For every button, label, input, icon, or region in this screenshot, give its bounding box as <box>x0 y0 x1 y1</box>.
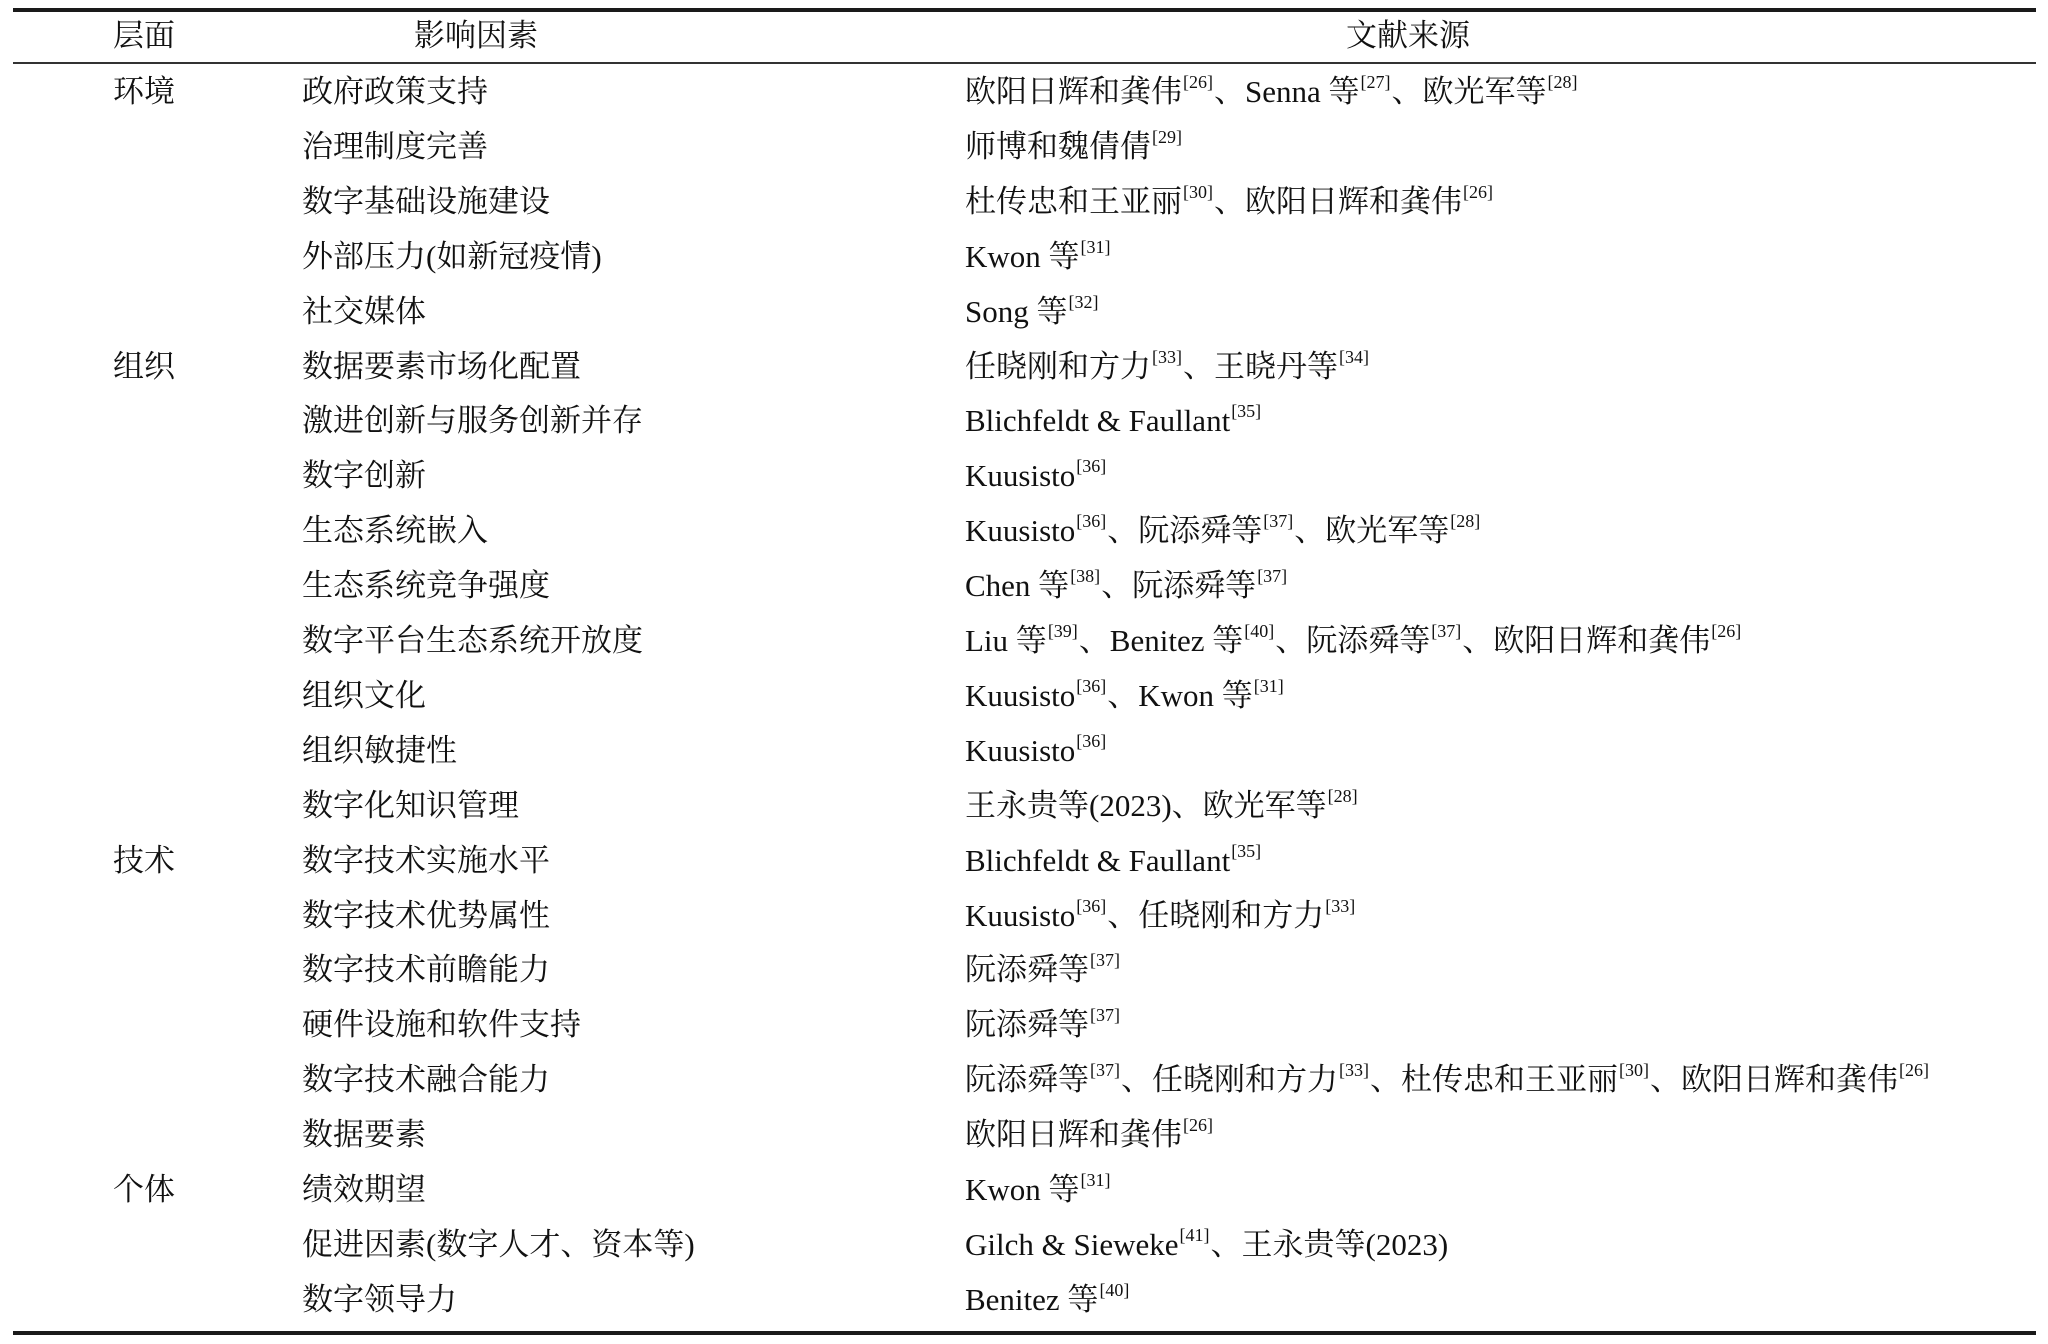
source-text: 、Senna 等 <box>1214 74 1360 109</box>
citation-ref: [36] <box>1076 511 1106 531</box>
row-sources: Kuusisto[36]、Kwon 等[31] <box>965 676 1285 716</box>
source-text: 、欧阳日辉和龚伟 <box>1650 1062 1898 1097</box>
citation-ref: [33] <box>1339 1060 1369 1080</box>
row-factor: 硬件设施和软件支持 <box>302 1005 581 1045</box>
source-text: Blichfeldt & Faullant <box>965 403 1230 438</box>
row-factor: 治理制度完善 <box>302 127 488 167</box>
row-sources: 王永贵等(2023)、欧光军等[28] <box>965 786 1359 826</box>
source-text: 欧阳日辉和龚伟 <box>965 1117 1182 1152</box>
row-sources: Blichfeldt & Faullant[35] <box>965 401 1262 441</box>
row-sources: Kuusisto[36]、任晓刚和方力[33] <box>965 896 1356 936</box>
source-text: 、欧光军等 <box>1294 513 1449 548</box>
row-sources: Kuusisto[36] <box>965 731 1107 771</box>
row-factor: 促进因素(数字人才、资本等) <box>302 1225 695 1265</box>
citation-ref: [26] <box>1183 1115 1213 1135</box>
row-factor: 数字平台生态系统开放度 <box>302 621 643 661</box>
row-factor: 数字技术前瞻能力 <box>302 950 550 990</box>
citation-ref: [32] <box>1069 292 1099 312</box>
citation-ref: [28] <box>1548 72 1578 92</box>
row-sources: Kwon 等[31] <box>965 237 1112 277</box>
row-sources: 欧阳日辉和龚伟[26] <box>965 1115 1214 1155</box>
table-bottom-rule <box>13 1331 2036 1335</box>
source-text: Chen 等 <box>965 568 1069 603</box>
citation-ref: [27] <box>1361 72 1391 92</box>
row-sources: Kuusisto[36]、阮添舜等[37]、欧光军等[28] <box>965 511 1481 551</box>
citation-ref: [35] <box>1231 401 1261 421</box>
row-level: 环境 <box>113 72 175 112</box>
row-level: 组织 <box>113 347 175 387</box>
source-text: Kuusisto <box>965 678 1075 713</box>
citation-ref: [37] <box>1090 1005 1120 1025</box>
row-sources: Blichfeldt & Faullant[35] <box>965 841 1262 881</box>
citation-ref: [37] <box>1431 621 1461 641</box>
row-sources: Chen 等[38]、阮添舜等[37] <box>965 566 1288 606</box>
citation-ref: [37] <box>1257 566 1287 586</box>
citation-ref: [37] <box>1090 950 1120 970</box>
row-sources: 阮添舜等[37]、任晓刚和方力[33]、杜传忠和王亚丽[30]、欧阳日辉和龚伟[… <box>965 1060 1930 1100</box>
row-factor: 数字技术优势属性 <box>302 896 550 936</box>
row-sources: 杜传忠和王亚丽[30]、欧阳日辉和龚伟[26] <box>965 182 1494 222</box>
source-text: 、欧光军等 <box>1392 74 1547 109</box>
source-text: Song 等 <box>965 294 1068 329</box>
header-level: 层面 <box>113 16 175 56</box>
row-factor: 数据要素市场化配置 <box>302 347 581 387</box>
source-text: 、王晓丹等 <box>1183 349 1338 384</box>
citation-ref: [36] <box>1076 676 1106 696</box>
row-factor: 数字技术融合能力 <box>302 1060 550 1100</box>
citation-ref: [40] <box>1244 621 1274 641</box>
citation-ref: [33] <box>1152 347 1182 367</box>
citation-ref: [30] <box>1183 182 1213 202</box>
row-sources: Gilch & Sieweke[41]、王永贵等(2023) <box>965 1225 1448 1265</box>
source-text: 、Benitez 等 <box>1079 623 1243 658</box>
source-text: 杜传忠和王亚丽 <box>965 184 1182 219</box>
citation-ref: [36] <box>1076 731 1106 751</box>
row-sources: 师博和魏倩倩[29] <box>965 127 1183 167</box>
source-text: 、阮添舜等 <box>1107 513 1262 548</box>
source-text: Blichfeldt & Faullant <box>965 843 1230 878</box>
row-sources: Song 等[32] <box>965 292 1100 332</box>
citation-ref: [36] <box>1076 456 1106 476</box>
citation-ref: [30] <box>1619 1060 1649 1080</box>
citation-ref: [34] <box>1339 347 1369 367</box>
citation-ref: [37] <box>1263 511 1293 531</box>
source-text: 、王永贵等(2023) <box>1211 1227 1449 1262</box>
citation-ref: [31] <box>1081 237 1111 257</box>
source-text: 王永贵等(2023)、欧光军等 <box>965 788 1327 823</box>
row-factor: 绩效期望 <box>302 1170 426 1210</box>
source-text: 阮添舜等 <box>965 952 1089 987</box>
source-text: Gilch & Sieweke <box>965 1227 1179 1262</box>
row-factor: 激进创新与服务创新并存 <box>302 401 643 441</box>
citation-ref: [26] <box>1899 1060 1929 1080</box>
citation-ref: [37] <box>1090 1060 1120 1080</box>
citation-ref: [40] <box>1099 1280 1129 1300</box>
source-text: Kwon 等 <box>965 1172 1080 1207</box>
header-factor: 影响因素 <box>414 16 538 56</box>
table-header-rule <box>13 62 2036 64</box>
source-text: Kwon 等 <box>965 239 1080 274</box>
source-text: 师博和魏倩倩 <box>965 129 1151 164</box>
source-text: 、杜传忠和王亚丽 <box>1370 1062 1618 1097</box>
row-sources: Benitez 等[40] <box>965 1280 1130 1320</box>
row-factor: 组织敏捷性 <box>302 731 457 771</box>
citation-ref: [38] <box>1070 566 1100 586</box>
row-factor: 社交媒体 <box>302 292 426 332</box>
row-sources: 阮添舜等[37] <box>965 950 1121 990</box>
row-factor: 数字领导力 <box>302 1280 457 1320</box>
source-text: 欧阳日辉和龚伟 <box>965 74 1182 109</box>
header-sources: 文献来源 <box>1346 16 1470 56</box>
source-text: Liu 等 <box>965 623 1047 658</box>
row-sources: 任晓刚和方力[33]、王晓丹等[34] <box>965 347 1370 387</box>
source-text: Kuusisto <box>965 458 1075 493</box>
source-text: 阮添舜等 <box>965 1062 1089 1097</box>
citation-ref: [31] <box>1254 676 1284 696</box>
source-text: Kuusisto <box>965 513 1075 548</box>
citation-ref: [33] <box>1325 896 1355 916</box>
row-factor: 数字创新 <box>302 456 426 496</box>
row-factor: 外部压力(如新冠疫情) <box>302 237 602 277</box>
source-text: 、任晓刚和方力 <box>1107 898 1324 933</box>
row-sources: 欧阳日辉和龚伟[26]、Senna 等[27]、欧光军等[28] <box>965 72 1579 112</box>
row-sources: Kwon 等[31] <box>965 1170 1112 1210</box>
source-text: 、欧阳日辉和龚伟 <box>1462 623 1710 658</box>
citation-ref: [41] <box>1180 1225 1210 1245</box>
source-text: 、欧阳日辉和龚伟 <box>1214 184 1462 219</box>
row-factor: 数字技术实施水平 <box>302 841 550 881</box>
row-factor: 数字基础设施建设 <box>302 182 550 222</box>
citation-ref: [39] <box>1048 621 1078 641</box>
row-factor: 数据要素 <box>302 1115 426 1155</box>
row-sources: Kuusisto[36] <box>965 456 1107 496</box>
row-factor: 组织文化 <box>302 676 426 716</box>
source-text: 、阮添舜等 <box>1101 568 1256 603</box>
citation-ref: [29] <box>1152 127 1182 147</box>
source-text: 阮添舜等 <box>965 1007 1089 1042</box>
citation-ref: [31] <box>1081 1170 1111 1190</box>
citation-ref: [28] <box>1450 511 1480 531</box>
citation-ref: [36] <box>1076 896 1106 916</box>
row-factor: 数字化知识管理 <box>302 786 519 826</box>
table-top-rule <box>13 8 2036 12</box>
row-level: 个体 <box>113 1170 175 1210</box>
citation-ref: [26] <box>1183 72 1213 92</box>
row-factor: 生态系统嵌入 <box>302 511 488 551</box>
row-level: 技术 <box>113 841 175 881</box>
row-sources: 阮添舜等[37] <box>965 1005 1121 1045</box>
row-factor: 政府政策支持 <box>302 72 488 112</box>
source-text: 任晓刚和方力 <box>965 349 1151 384</box>
row-sources: Liu 等[39]、Benitez 等[40]、阮添舜等[37]、欧阳日辉和龚伟… <box>965 621 1742 661</box>
citation-ref: [26] <box>1463 182 1493 202</box>
citation-ref: [28] <box>1328 786 1358 806</box>
source-text: 、任晓刚和方力 <box>1121 1062 1338 1097</box>
row-factor: 生态系统竞争强度 <box>302 566 550 606</box>
source-text: Kuusisto <box>965 733 1075 768</box>
source-text: 、Kwon 等 <box>1107 678 1253 713</box>
source-text: 、阮添舜等 <box>1275 623 1430 658</box>
source-text: Kuusisto <box>965 898 1075 933</box>
citation-ref: [26] <box>1711 621 1741 641</box>
source-text: Benitez 等 <box>965 1282 1098 1317</box>
citation-ref: [35] <box>1231 841 1261 861</box>
